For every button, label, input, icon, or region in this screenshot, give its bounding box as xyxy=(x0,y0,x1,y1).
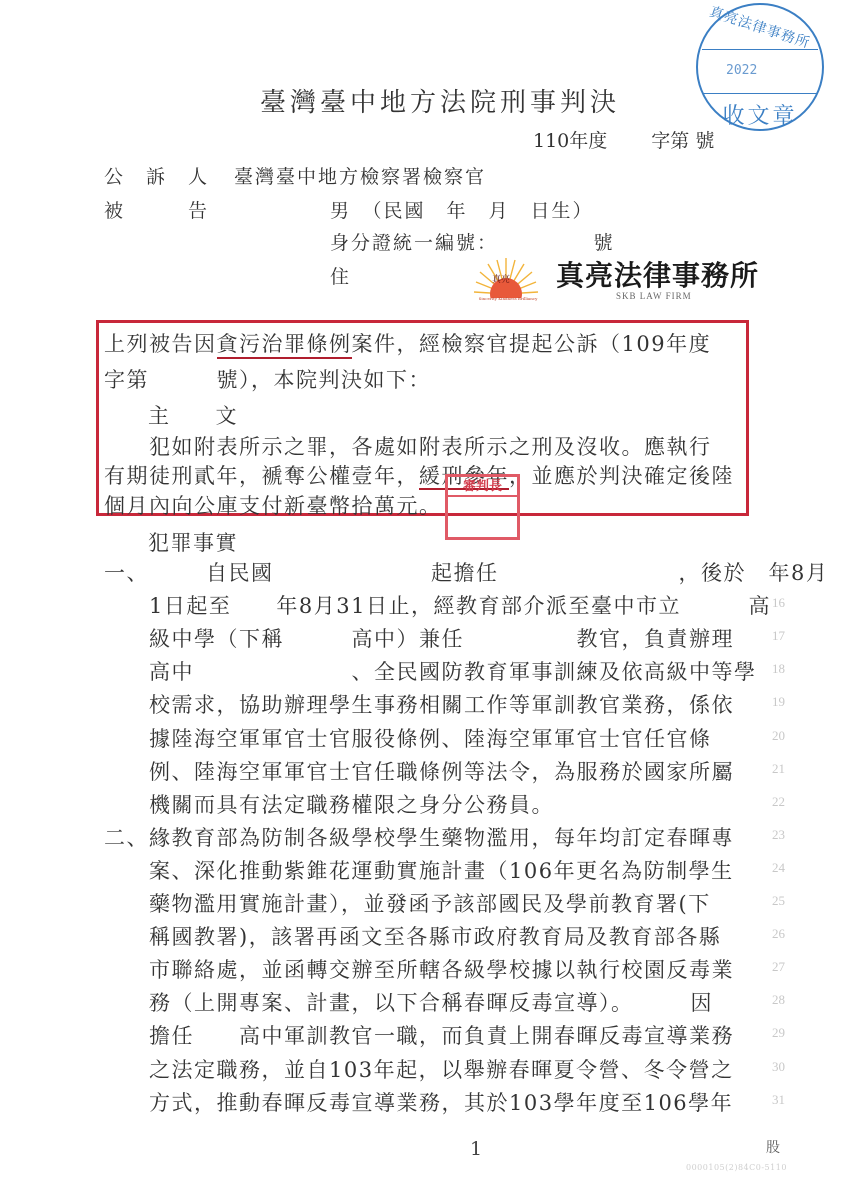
body-line: 一、 自民國 起擔任 ，後於 年8月 xyxy=(104,557,828,587)
line-number: 25 xyxy=(772,893,785,909)
body-line: 市聯絡處，並函轉交辦至所轄各級學校據以執行校園反毒業 xyxy=(104,954,734,984)
line-number: 15 xyxy=(772,562,785,578)
facts-heading: 犯罪事實 xyxy=(148,527,238,557)
line-number: 23 xyxy=(772,827,785,843)
case-number: 110年度字第 號 xyxy=(533,126,714,153)
defendant-address: 住 xyxy=(330,262,351,289)
line-number: 26 xyxy=(772,926,785,942)
line-number: 29 xyxy=(772,1025,785,1041)
body-line: 擔任 高中軍訓教官一職，而負責上開春暉反毒宣導業務 xyxy=(104,1020,734,1050)
body-line: 例、陸海空軍軍官士官任職條例等法令，為服務於國家所屬 xyxy=(104,756,734,786)
verdict-line-2: 有期徒刑貳年，褫奪公權壹年，緩刑參年，並應於判決確定後陸 xyxy=(104,460,734,490)
line-number: 24 xyxy=(772,860,785,876)
body-line: 稱國教署)，該署再函文至各縣市政府教育局及教育部各縣 xyxy=(104,921,721,951)
line-number: 20 xyxy=(772,728,785,744)
seal-text: 審判長 xyxy=(452,475,513,494)
prosecutor-label: 公 訴 人 xyxy=(104,162,209,189)
stamp-org: 真亮法律事務所 xyxy=(706,1,815,53)
page-number: 1 xyxy=(470,1138,482,1160)
line-number: 19 xyxy=(772,694,785,710)
law-firm-name-en: SKB LAW FIRM xyxy=(616,291,692,301)
prosecutor-value: 臺灣臺中地方檢察署檢察官 xyxy=(234,162,486,189)
intro-line-2: 字第 號），本院判決如下： xyxy=(104,364,431,394)
logo-caption: Sincerity Kindness Brilliancy xyxy=(470,296,546,301)
body-line: 據陸海空軍軍官士官服役條例、陸海空軍軍官士官任官條 xyxy=(104,723,712,753)
line-number: 21 xyxy=(772,761,785,777)
body-line: 二、緣教育部為防制各級學校學生藥物濫用，每年均訂定春暉專 xyxy=(104,822,734,852)
law-firm-logo: 真亮 Sincerity Kindness Brilliancy 真亮法律事務所… xyxy=(466,256,766,306)
body-line: 高中 、全民國防教育軍事訓練及依高級中等學 xyxy=(104,656,757,686)
body-line: 案、深化推動紫錐花運動實施計畫（106年更名為防制學生 xyxy=(104,855,734,885)
intro-text: 上列被告因 xyxy=(104,332,217,356)
stamp-date: 2022 xyxy=(726,63,757,78)
footer-code: 0000105(2)84C0-5110 xyxy=(686,1163,787,1172)
line-number: 28 xyxy=(772,992,785,1008)
line-number: 18 xyxy=(772,661,785,677)
body-line: 藥物濫用實施計畫），並發函予該部國民及學前教育署(下 xyxy=(104,888,711,918)
line-number: 17 xyxy=(772,628,785,644)
intro-line-1: 上列被告因貪污治罪條例案件，經檢察官提起公訴（109年度 xyxy=(104,328,711,358)
body-line: 級中學（下稱 高中）兼任 教官，負責辦理 xyxy=(104,623,734,653)
case-suffix: 字第 xyxy=(651,130,689,152)
verdict-text-cont: ，並應於判決確定後陸 xyxy=(509,464,734,488)
judge-seal: 審判長 xyxy=(445,474,520,540)
body-line: 方式，推動春暉反毒宣導業務，其於103學年度至106學年 xyxy=(104,1087,733,1117)
logo-seal-text: 真亮 xyxy=(492,272,510,285)
line-number: 27 xyxy=(772,959,785,975)
line-number: 30 xyxy=(772,1059,785,1075)
body-line: 之法定職務，並自103年起，以舉辦春暉夏令營、冬令營之 xyxy=(104,1054,734,1084)
line-number: 16 xyxy=(772,595,785,611)
receipt-stamp: 真亮法律事務所 2022 收文章 xyxy=(696,3,824,131)
law-firm-name: 真亮法律事務所 xyxy=(556,254,759,294)
line-number: 31 xyxy=(772,1092,785,1108)
defendant-label: 被 告 xyxy=(104,196,209,223)
body-line: 務（上開專案、計畫，以下合稱春暉反毒宣導）。 因 xyxy=(104,987,713,1017)
defendant-birth: 男 （民國 年 月 日生） xyxy=(330,196,594,223)
stamp-label: 收文章 xyxy=(698,99,822,130)
line-number: 22 xyxy=(772,794,785,810)
intro-text-cont: 案件，經檢察官提起公訴（109年度 xyxy=(352,332,712,356)
verdict-line-3: 個月內向公庫支付新臺幣拾萬元。 xyxy=(104,490,442,520)
charge-underlined: 貪污治罪條例 xyxy=(217,332,352,359)
defendant-id: 身分證統一編號： 號 xyxy=(330,228,615,255)
body-line: 機關而具有法定職務權限之身分公務員。 xyxy=(104,789,554,819)
case-year: 110年度 xyxy=(533,130,607,152)
case-no: 號 xyxy=(695,130,714,152)
main-text-heading: 主 文 xyxy=(148,400,238,430)
verdict-text: 有期徒刑貳年，褫奪公權壹年， xyxy=(104,464,419,488)
document-title: 臺灣臺中地方法院刑事判決 xyxy=(260,82,620,119)
verdict-line-1: 犯如附表所示之罪，各處如附表所示之刑及沒收。應執行 xyxy=(104,431,712,461)
footer-mark: 股 xyxy=(766,1137,780,1157)
body-line: 校需求，協助辦理學生事務相關工作等軍訓教官業務，係依 xyxy=(104,689,734,719)
body-line: 1日起至 年8月31日止，經教育部介派至臺中市立 高 xyxy=(104,590,771,620)
